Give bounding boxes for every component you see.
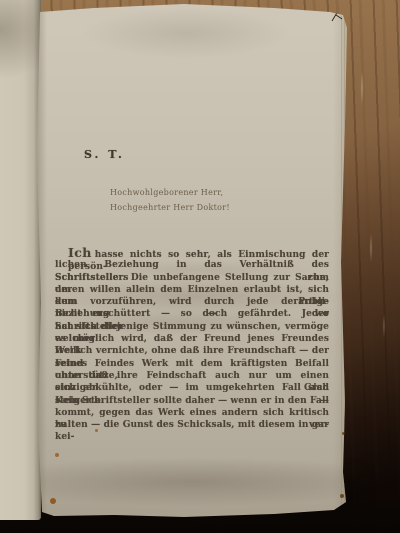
body-line: Schriftsteller. Die unbefangene Stellung…: [55, 272, 329, 284]
foxing-spot: [50, 498, 56, 504]
foxing-spot: [340, 494, 344, 498]
body-line: halten — die Gunst des Schicksals, mit d…: [55, 419, 329, 431]
letter-body-paragraph: Ichhasse nichts so sehr, als Einmischung…: [55, 247, 329, 431]
salutation-block: Hochwohlgeborener Herr, Hochgeehrter Her…: [110, 186, 260, 215]
body-line: ohne daß ihre Feindschaft auch nur um ei…: [55, 370, 329, 382]
lead-word: Ich: [68, 245, 92, 260]
body-line: kum vorzuführen, wird durch jede derarti…: [55, 296, 329, 308]
salutation-line-1: Hochwohlgeborener Herr,: [110, 186, 260, 201]
body-line: es möglich wird, daß der Freund jenes Fr…: [55, 333, 329, 345]
foxing-spot: [55, 453, 59, 457]
book-page: S. T. Hochwohlgeborener Herr, Hochgeehrt…: [34, 2, 352, 518]
body-line: sich abkühlte, oder — im umgekehrten Fal…: [55, 382, 329, 394]
body-line: kommt, gegen das Werk eines andern sich …: [55, 407, 329, 419]
body-line: freilich vernichte, ohne daß ihre Freund…: [55, 345, 329, 357]
page-heading: S. T.: [84, 148, 125, 161]
facing-page-edge: [0, 0, 41, 520]
body-line: nicht erschüttert — so doch gefährdet. J…: [55, 308, 329, 320]
body-line: lichen Beziehung in das Verhältniß des S…: [55, 259, 329, 271]
photo-of-open-book: S. T. Hochwohlgeborener Herr, Hochgeehrt…: [0, 0, 400, 533]
body-line: hat sich diejenige Stimmung zu wünschen,…: [55, 321, 329, 333]
body-line: Kein Schriftsteller sollte daher — wenn …: [55, 395, 329, 407]
body-line: seines Feindes Werk mit dem kräftigsten …: [55, 358, 329, 370]
body-line: deren willen allein dem Einzelnen erlaub…: [55, 284, 329, 296]
body-line: Ichhasse nichts so sehr, als Einmischung…: [55, 247, 329, 259]
salutation-line-2: Hochgeehrter Herr Doktor!: [110, 201, 260, 216]
